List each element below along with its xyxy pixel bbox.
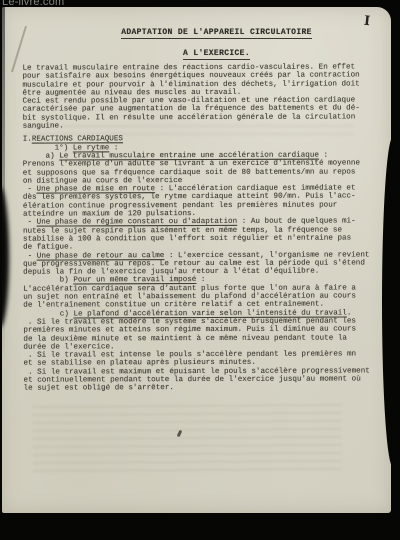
watermark: Le-livre.com: [2, 0, 64, 8]
page-number: I: [363, 14, 371, 30]
paper-sheet: I ADAPTATION DE L'APPAREIL CIRCULATOIRE …: [2, 7, 391, 513]
document-title: ADAPTATION DE L'APPAREIL CIRCULATOIRE A …: [72, 21, 361, 63]
document-body: Le travail musculaire entraine des réact…: [22, 63, 391, 393]
text-line: de la deuxième minute et se maintient à …: [23, 334, 391, 344]
document-title-line1: ADAPTATION DE L'APPAREIL CIRCULATOIRE: [121, 28, 312, 39]
text-line: et supposons que sa fréquence cardiaque …: [23, 168, 391, 178]
left-edge-shadow: [2, 187, 9, 327]
document-title-line2: A L'EXERCICE.: [183, 49, 250, 60]
bleedthrough-texture-lower: [32, 404, 342, 478]
text-line: stabilise à 100 à condition que l'effort…: [23, 234, 391, 244]
scanned-document-page: Le-livre.com I ADAPTATION DE L'APPAREIL …: [0, 0, 400, 540]
text-line: élération continue progressivement penda…: [23, 201, 391, 211]
text-line: bit systolique. Il en résulte une accélé…: [23, 113, 391, 123]
text-line: le sujet est obligé de s'arrêter.: [24, 384, 391, 394]
